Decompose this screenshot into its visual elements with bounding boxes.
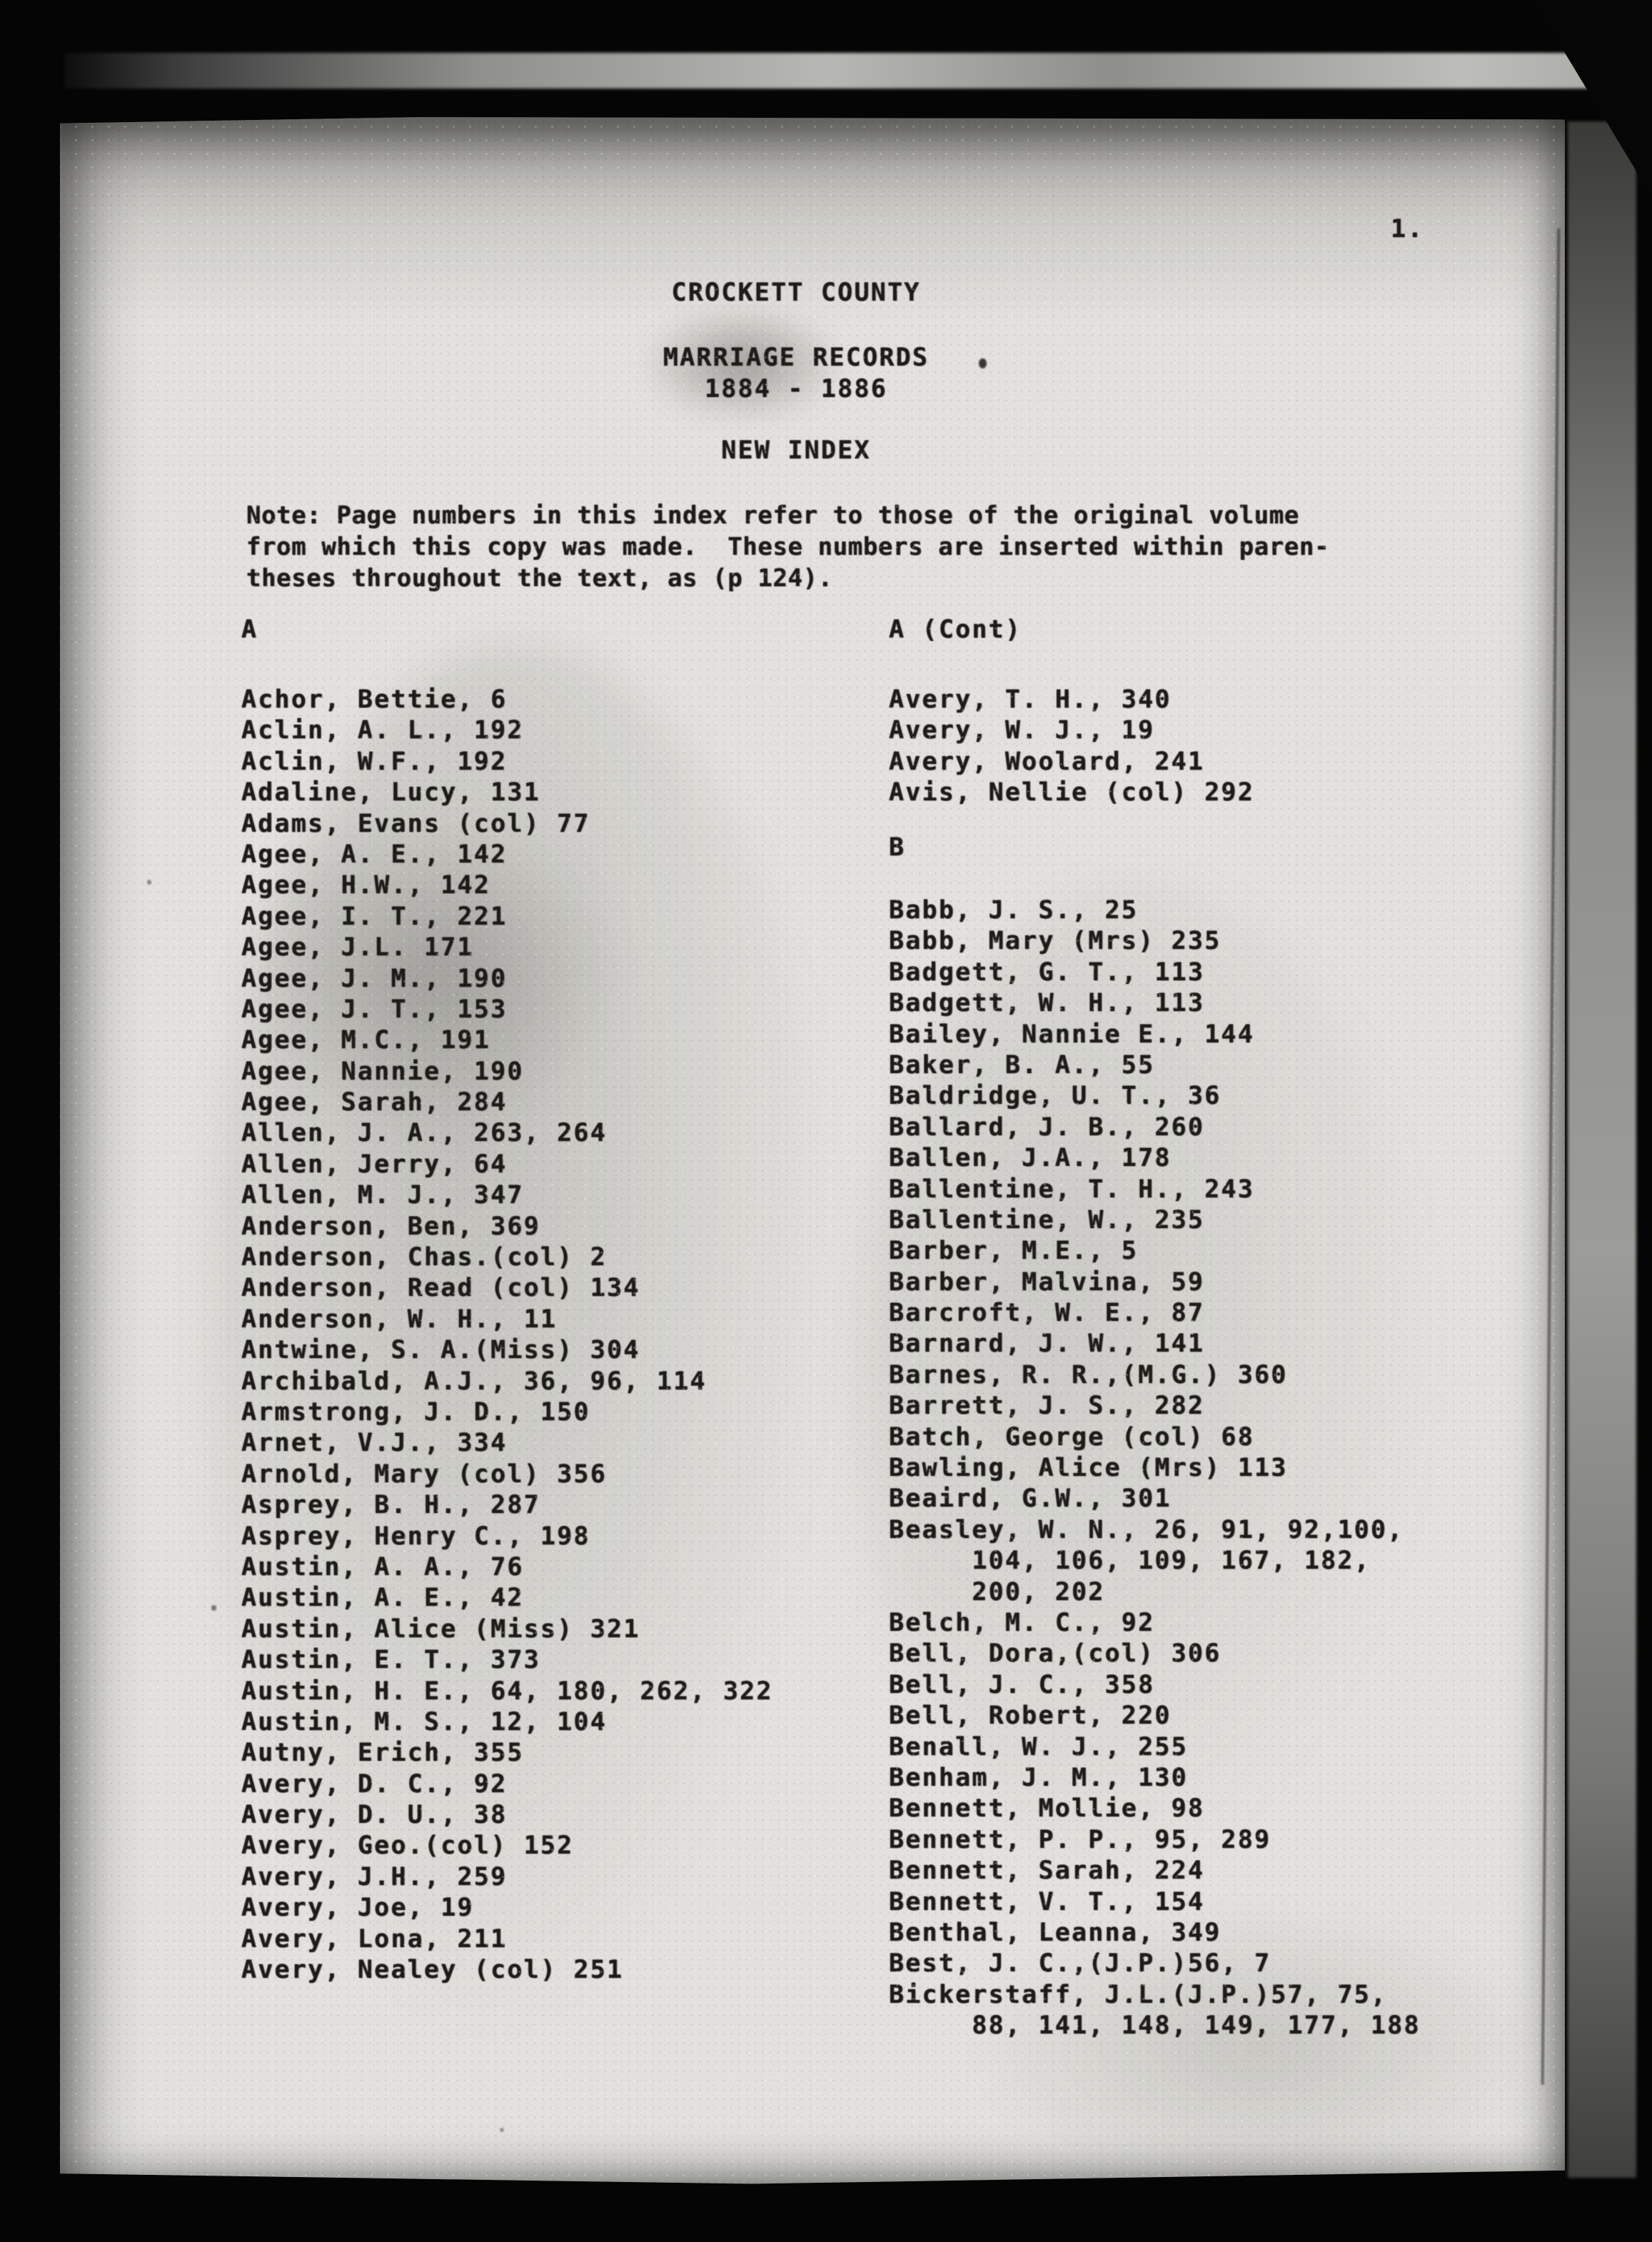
index-entry: Bawling, Alice (Mrs) 113 [889, 1453, 1421, 1484]
adjacent-page-edge [1568, 121, 1636, 2178]
index-entry: Bell, Dora,(col) 306 [889, 1639, 1421, 1669]
index-entry: Anderson, Chas.(col) 2 [241, 1242, 773, 1273]
index-entry: Beaird, G.W., 301 [889, 1484, 1421, 1514]
index-entry: Ballentine, T. H., 243 [889, 1175, 1421, 1205]
index-entry: Allen, J. A., 263, 264 [241, 1118, 773, 1149]
index-entry: Anderson, Read (col) 134 [241, 1273, 773, 1304]
index-entry: Benall, W. J., 255 [889, 1732, 1421, 1763]
index-entry: Asprey, B. H., 287 [241, 1490, 773, 1521]
index-entry: Baldridge, U. T., 36 [889, 1081, 1421, 1112]
section-header-b: B [889, 833, 905, 863]
index-entry: Avery, Geo.(col) 152 [241, 1831, 773, 1861]
index-entry: Agee, J. M., 190 [241, 964, 773, 995]
index-entry: Austin, A. A., 76 [241, 1552, 773, 1583]
index-entry: Batch, George (col) 68 [889, 1422, 1421, 1453]
index-entry: Avery, Lona, 211 [241, 1924, 773, 1955]
index-entry: Austin, E. T., 373 [241, 1645, 773, 1676]
index-entry: Anderson, W. H., 11 [241, 1305, 773, 1335]
note-line: from which this copy was made. These num… [246, 531, 1329, 563]
index-entry: Armstrong, J. D., 150 [241, 1397, 773, 1428]
index-entry: Agee, I. T., 221 [241, 902, 773, 933]
index-entry: Adaline, Lucy, 131 [241, 778, 773, 808]
index-entry: Agee, H.W., 142 [241, 870, 773, 901]
index-entry: Adams, Evans (col) 77 [241, 809, 773, 840]
index-entry: Agee, J. T., 153 [241, 995, 773, 1025]
index-entry: Bell, Robert, 220 [889, 1701, 1421, 1731]
index-entry: Bennett, Sarah, 224 [889, 1856, 1421, 1886]
index-entry: Benham, J. M., 130 [889, 1763, 1421, 1794]
index-entry: Agee, A. E., 142 [241, 840, 773, 870]
index-entry: Antwine, S. A.(Miss) 304 [241, 1335, 773, 1366]
document-subtitle: MARRIAGE RECORDS [585, 343, 1007, 372]
index-entry: Agee, Nannie, 190 [241, 1057, 773, 1087]
index-entry: Badgett, W. H., 113 [889, 988, 1421, 1019]
dust-speck [500, 2128, 504, 2132]
index-entry: Best, J. C.,(J.P.)56, 7 [889, 1949, 1421, 1979]
index-entry: Avery, J.H., 259 [241, 1862, 773, 1893]
title-block: CROCKETT COUNTY MARRIAGE RECORDS 1884 - … [585, 0, 1007, 500]
index-entry: Badgett, G. T., 113 [889, 957, 1421, 988]
note-line: Note: Page numbers in this index refer t… [246, 500, 1329, 531]
index-entry: Bell, J. C., 358 [889, 1670, 1421, 1701]
index-column-right-a: Avery, T. H., 340Avery, W. J., 19Avery, … [889, 685, 1254, 809]
index-entry: Autny, Erich, 355 [241, 1738, 773, 1769]
index-entry: Barrett, J. S., 282 [889, 1391, 1421, 1422]
index-entry: Agee, J.L. 171 [241, 933, 773, 963]
microfilm-scan: 1. CROCKETT COUNTY MARRIAGE RECORDS 1884… [0, 0, 1652, 2242]
index-entry: Archibald, A.J., 36, 96, 114 [241, 1367, 773, 1397]
index-entry: Avery, D. C., 92 [241, 1769, 773, 1800]
index-entry: Barnard, J. W., 141 [889, 1329, 1421, 1359]
index-entry: Bennett, V. T., 154 [889, 1887, 1421, 1918]
index-entry: Ballard, J. B., 260 [889, 1112, 1421, 1143]
index-entry: Austin, M. S., 12, 104 [241, 1707, 773, 1738]
index-entry: Aclin, A. L., 192 [241, 715, 773, 746]
index-entry: Bickerstaff, J.L.(J.P.)57, 75, [889, 1980, 1421, 2011]
index-entry: Bennett, P. P., 95, 289 [889, 1825, 1421, 1856]
index-entry: Barber, Malvina, 59 [889, 1267, 1421, 1298]
index-entry: Barnes, R. R.,(M.G.) 360 [889, 1360, 1421, 1391]
index-entry: Achor, Bettie, 6 [241, 685, 773, 715]
index-entry: Baker, B. A., 55 [889, 1050, 1421, 1081]
dust-speck [211, 1605, 216, 1611]
index-entry: Avis, Nellie (col) 292 [889, 778, 1254, 808]
index-entry: Ballentine, W., 235 [889, 1205, 1421, 1236]
index-entry: Allen, Jerry, 64 [241, 1150, 773, 1180]
index-entry: Babb, Mary (Mrs) 235 [889, 926, 1421, 957]
index-entry: Bailey, Nannie E., 144 [889, 1020, 1421, 1050]
index-entry: Avery, Nealey (col) 251 [241, 1955, 773, 1986]
index-entry: Benthal, Leanna, 349 [889, 1918, 1421, 1949]
index-entry: 88, 141, 148, 149, 177, 188 [889, 2011, 1421, 2041]
index-entry: Ballen, J.A., 178 [889, 1143, 1421, 1174]
index-entry: Anderson, Ben, 369 [241, 1212, 773, 1242]
index-entry: 200, 202 [889, 1577, 1421, 1608]
index-entry: Avery, W. J., 19 [889, 715, 1254, 746]
index-label: NEW INDEX [585, 436, 1007, 465]
index-entry: Asprey, Henry C., 198 [241, 1522, 773, 1552]
dust-speck [147, 880, 151, 885]
index-entry: Arnet, V.J., 334 [241, 1428, 773, 1459]
index-column-right-b: Babb, J. S., 25Babb, Mary (Mrs) 235Badge… [889, 895, 1421, 2041]
index-entry: Avery, Joe, 19 [241, 1893, 773, 1924]
document-title: CROCKETT COUNTY [585, 278, 1007, 307]
note-paragraph: Note: Page numbers in this index refer t… [246, 500, 1329, 594]
section-header-a: A [241, 615, 258, 645]
index-entry: Babb, J. S., 25 [889, 895, 1421, 926]
index-entry: Barcroft, W. E., 87 [889, 1298, 1421, 1329]
index-entry: Arnold, Mary (col) 356 [241, 1459, 773, 1490]
index-entry: Austin, A. E., 42 [241, 1583, 773, 1614]
index-entry: Austin, H. E., 64, 180, 262, 322 [241, 1677, 773, 1707]
index-entry: Allen, M. J., 347 [241, 1180, 773, 1211]
index-entry: Agee, Sarah, 284 [241, 1087, 773, 1118]
index-column-left: Achor, Bettie, 6Aclin, A. L., 192Aclin, … [241, 685, 773, 1986]
index-entry: Beasley, W. N., 26, 91, 92,100, [889, 1515, 1421, 1546]
dust-speck [979, 358, 987, 368]
index-entry: Barber, M.E., 5 [889, 1236, 1421, 1267]
index-entry: Aclin, W.F., 192 [241, 747, 773, 778]
index-entry: Avery, T. H., 340 [889, 685, 1254, 715]
index-entry: Austin, Alice (Miss) 321 [241, 1614, 773, 1645]
index-entry: Avery, D. U., 38 [241, 1800, 773, 1831]
date-range: 1884 - 1886 [585, 375, 1007, 403]
index-entry: Agee, M.C., 191 [241, 1025, 773, 1056]
note-line: theses throughout the text, as (p 124). [246, 563, 1329, 594]
section-header-a-cont: A (Cont) [889, 615, 1022, 645]
index-entry: Avery, Woolard, 241 [889, 747, 1254, 778]
index-entry: 104, 106, 109, 167, 182, [889, 1546, 1421, 1577]
index-entry: Bennett, Mollie, 98 [889, 1794, 1421, 1824]
page-number: 1. [1391, 215, 1424, 243]
index-entry: Belch, M. C., 92 [889, 1608, 1421, 1639]
